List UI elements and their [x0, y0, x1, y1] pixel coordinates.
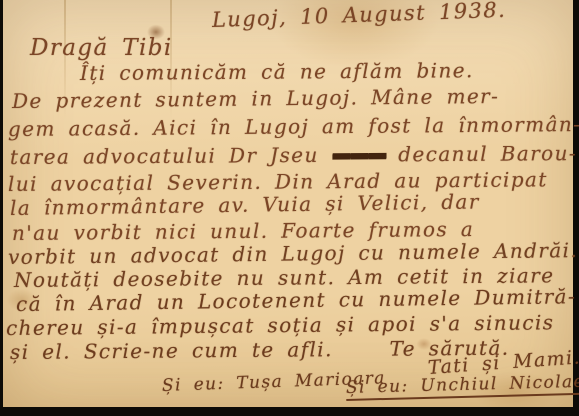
scan-edge-bottom	[0, 407, 579, 416]
handwritten-line: De prezent suntem in Lugoj. Mâne mer-	[12, 85, 499, 112]
handwritten-line: la înmormântare av. Vuia și Velici, dar	[10, 190, 480, 219]
closing-request: și el. Scrie-ne cum te afli.	[10, 337, 333, 364]
salutation: Dragă Tibi	[30, 36, 173, 61]
scanned-postcard: Lugoj, 10 August 1938. Dragă Tibi Îți co…	[0, 0, 579, 416]
line-text: gem acasă. Aici în Lugoj am fost la înmo…	[8, 112, 579, 141]
handwritten-line: chereu și-a împușcat soția și apoi s'a s…	[6, 311, 555, 339]
scan-edge-left	[0, 0, 3, 416]
dateline: Lugoj, 10 August 1938.	[212, 0, 507, 32]
struck-out-word: ———	[331, 142, 385, 166]
line-text: De prezent suntem in Lugoj. Mâne mer-	[12, 84, 499, 113]
line-text: la înmormântare av. Vuia și Velici, dar	[10, 189, 480, 220]
line-text: Îți comunicăm că ne aflăm bine.	[80, 58, 474, 85]
handwritten-line: Îți comunicăm că ne aflăm bine.	[80, 59, 474, 84]
line-text: decanul Barou-	[385, 141, 577, 166]
handwritten-line: gem acasă. Aici în Lugoj am fost la înmo…	[8, 113, 579, 140]
handwritten-line: tarea advocatului Dr Jseu ——— decanul Ba…	[10, 142, 577, 168]
line-text: tarea advocatului Dr Jseu	[10, 143, 332, 169]
ps-signature-uncle: Și eu: Unchiul Nicolae	[346, 372, 579, 397]
